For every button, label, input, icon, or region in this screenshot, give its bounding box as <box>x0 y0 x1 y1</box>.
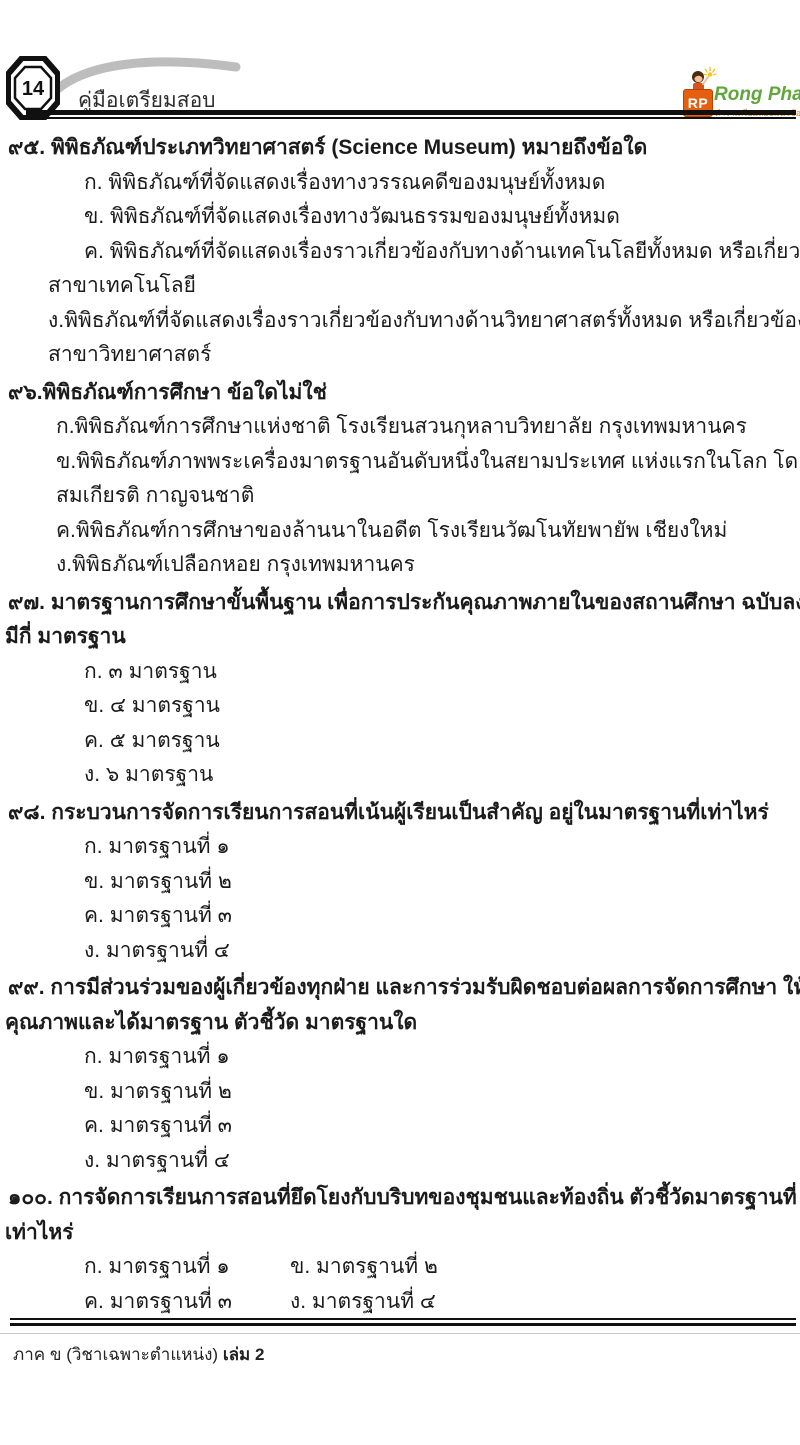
choice-line: ข. พิพิธภัณฑ์ที่จัดแสดงเรื่องทางวัฒนธรรม… <box>0 200 800 235</box>
choice-line: ข. ๔ มาตรฐาน <box>0 689 800 724</box>
choice-line: ก. มาตรฐานที่ ๑ข. มาตรฐานที่ ๒ <box>0 1250 800 1285</box>
page-number: 14 <box>22 78 45 100</box>
questions: ๙๕. พิพิธภัณฑ์ประเภทวิทยาศาสตร์ (Science… <box>0 131 800 1319</box>
document-page: 14 คู่มือเตรียมสอบ RP Rong Phai ตำราเตรี… <box>0 0 800 1445</box>
choice-line: สาขาเทคโนโลยี <box>0 269 800 304</box>
logo-name: Rong Phai <box>714 84 800 106</box>
choice-line: ง. ๖ มาตรฐาน <box>0 758 800 793</box>
choice-line: ค. ๕ มาตรฐาน <box>0 724 800 759</box>
question-text-line: คุณภาพและได้มาตรฐาน ตัวชี้วัด มาตรฐานใด <box>0 1006 800 1041</box>
question-text-line: ๙๙. การมีส่วนร่วมของผู้เกี่ยวข้องทุกฝ่าย… <box>0 971 800 1006</box>
choice-line: ค. พิพิธภัณฑ์ที่จัดแสดงเรื่องราวเกี่ยวข้… <box>0 235 800 270</box>
choice-line: ก. ๓ มาตรฐาน <box>0 655 800 690</box>
choice-line: ค. มาตรฐานที่ ๓ง. มาตรฐานที่ ๔ <box>0 1285 800 1320</box>
choice-line: ค. มาตรฐานที่ ๓ <box>0 1109 800 1144</box>
footer-section-label: ภาค ข (วิชาเฉพาะตำแหน่ง) <box>13 1345 223 1364</box>
page-header: 14 คู่มือเตรียมสอบ RP Rong Phai ตำราเตรี… <box>0 0 800 130</box>
footer-divider <box>10 1318 796 1326</box>
footer-text: ภาค ข (วิชาเฉพาะตำแหน่ง) เล่ม 2 <box>13 1341 264 1368</box>
choice-line: ง. มาตรฐานที่ ๔ <box>0 934 800 969</box>
question-text-line: ๙๗. มาตรฐานการศึกษาขั้นพื้นฐาน เพื่อการป… <box>0 586 800 621</box>
choice-col: ง. มาตรฐานที่ ๔ <box>290 1290 436 1313</box>
question-text-line: ๙๕. พิพิธภัณฑ์ประเภทวิทยาศาสตร์ (Science… <box>0 131 800 166</box>
choice-line: ข. มาตรฐานที่ ๒ <box>0 1075 800 1110</box>
question-block: ๙๘. กระบวนการจัดการเรียนการสอนที่เน้นผู้… <box>0 796 800 969</box>
question-text-line: มีกี่ มาตรฐาน <box>0 620 800 655</box>
choice-line: ก. พิพิธภัณฑ์ที่จัดแสดงเรื่องทางวรรณคดีข… <box>0 166 800 201</box>
question-text-line: ๙๘. กระบวนการจัดการเรียนการสอนที่เน้นผู้… <box>0 796 800 831</box>
choice-line: ก. มาตรฐานที่ ๑ <box>0 830 800 865</box>
footer-hairline <box>0 1333 800 1334</box>
choice-line: ง. มาตรฐานที่ ๔ <box>0 1144 800 1179</box>
choice-line: ข. มาตรฐานที่ ๒ <box>0 865 800 900</box>
choice-line: ค. มาตรฐานที่ ๓ <box>0 899 800 934</box>
question-block: ๑๐๐. การจัดการเรียนการสอนที่ยึดโยงกับบริ… <box>0 1181 800 1319</box>
choice-line: สาขาวิทยาศาสตร์ <box>0 338 800 373</box>
question-block: ๙๙. การมีส่วนร่วมของผู้เกี่ยวข้องทุกฝ่าย… <box>0 971 800 1178</box>
footer-volume-label: เล่ม 2 <box>223 1345 265 1364</box>
choice-line: ง.พิพิธภัณฑ์เปลือกหอย กรุงเทพมหานคร <box>0 548 800 583</box>
question-block: ๙๖.พิพิธภัณฑ์การศึกษา ข้อใดไม่ใช่ก.พิพิธ… <box>0 376 800 583</box>
question-text-line: ๙๖.พิพิธภัณฑ์การศึกษา ข้อใดไม่ใช่ <box>0 376 800 411</box>
question-text-line: ๑๐๐. การจัดการเรียนการสอนที่ยึดโยงกับบริ… <box>0 1181 800 1216</box>
choice-col: ก. มาตรฐานที่ ๑ <box>84 1250 290 1285</box>
question-text-line: เท่าไหร่ <box>0 1216 800 1251</box>
header-divider <box>26 110 796 119</box>
choice-col: ค. มาตรฐานที่ ๓ <box>84 1285 290 1320</box>
choice-col: ข. มาตรฐานที่ ๒ <box>290 1255 438 1278</box>
choice-line: สมเกียรติ กาญจนชาติ <box>0 479 800 514</box>
question-block: ๙๕. พิพิธภัณฑ์ประเภทวิทยาศาสตร์ (Science… <box>0 131 800 373</box>
choice-line: ก. มาตรฐานที่ ๑ <box>0 1040 800 1075</box>
choice-line: ก.พิพิธภัณฑ์การศึกษาแห่งชาติ โรงเรียนสวน… <box>0 410 800 445</box>
choice-line: ง.พิพิธภัณฑ์ที่จัดแสดงเรื่องราวเกี่ยวข้อ… <box>0 304 800 339</box>
question-block: ๙๗. มาตรฐานการศึกษาขั้นพื้นฐาน เพื่อการป… <box>0 586 800 793</box>
choice-line: ค.พิพิธภัณฑ์การศึกษาของล้านนาในอดีต โรงเ… <box>0 514 800 549</box>
choice-line: ข.พิพิธภัณฑ์ภาพพระเครื่องมาตรฐานอันดับหน… <box>0 445 800 480</box>
